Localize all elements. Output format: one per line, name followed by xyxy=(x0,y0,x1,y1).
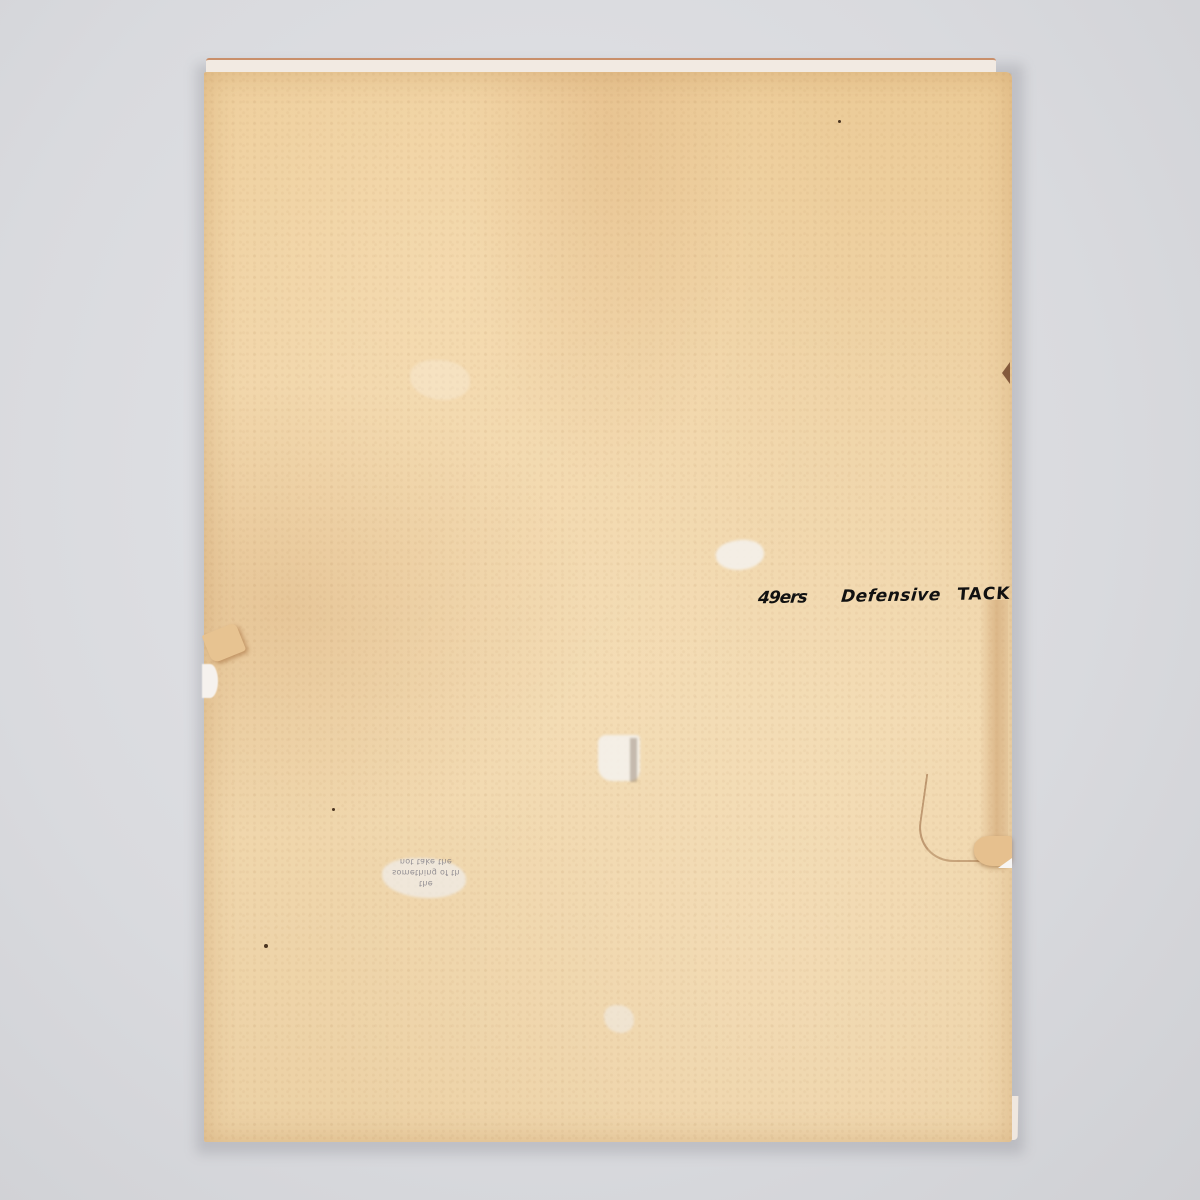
transfer-text-line: the xyxy=(384,878,468,889)
handwritten-note-area: 49ers Defensive TACKL xyxy=(750,576,1010,616)
paper-speck xyxy=(838,120,841,123)
scuff-edge-shadow xyxy=(630,738,637,782)
right-edge-tear xyxy=(912,770,1016,880)
torn-hole xyxy=(202,664,218,698)
note-team: 49ers xyxy=(757,587,807,608)
transfer-text-line: not take the xyxy=(384,856,468,867)
paper-speck xyxy=(264,944,268,948)
mirrored-transfer-text: the something of th not take the xyxy=(384,856,468,889)
photo-scene: the something of th not take the 49ers D… xyxy=(0,0,1200,1200)
paper-speck xyxy=(332,808,335,811)
curled-corner xyxy=(974,836,1012,866)
torn-flap xyxy=(202,622,247,663)
transfer-text-line: something of th xyxy=(384,867,468,878)
note-position: Defensive xyxy=(840,585,941,607)
handwritten-note: 49ers Defensive TACKL xyxy=(757,584,1010,609)
left-edge-tear xyxy=(200,628,244,708)
note-role: TACKL xyxy=(956,584,1010,605)
